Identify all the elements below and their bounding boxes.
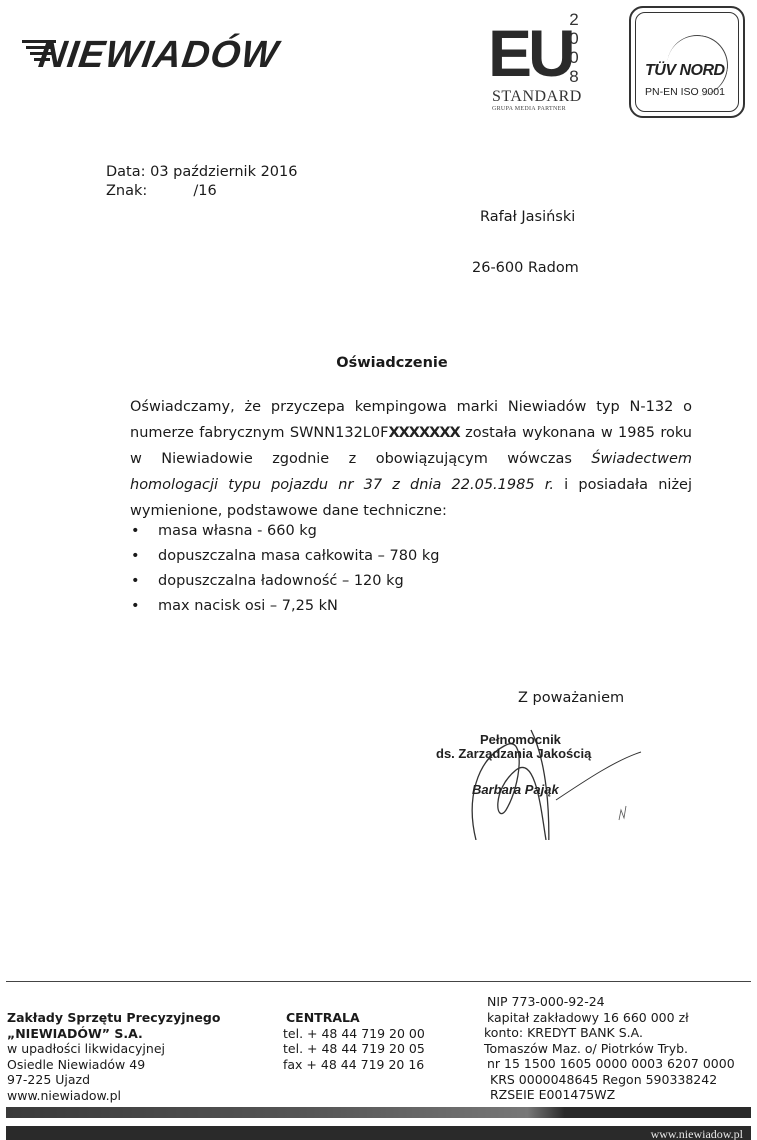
- spec-item: max nacisk osi – 7,25 kN: [130, 594, 439, 619]
- company-website: www.niewiadow.pl: [7, 1088, 220, 1104]
- centrala-tel2: tel. + 48 44 719 20 05: [283, 1041, 425, 1057]
- registry-krs-regon: KRS 0000048645 Regon 590338242: [490, 1072, 735, 1088]
- eu-letters: EU: [488, 20, 572, 86]
- eu-year-digit: 8: [568, 67, 580, 86]
- date-label: Data:: [106, 164, 146, 180]
- ref-label: Znak:: [106, 183, 147, 199]
- tuv-certificate: PN-EN ISO 9001: [645, 86, 725, 98]
- stamp-department: ds. Zarządzania Jakością: [436, 746, 591, 761]
- company-status: w upadłości likwidacyjnej: [7, 1041, 220, 1057]
- stamp-title: Pełnomocnik: [480, 732, 561, 747]
- eu-standard-label: STANDARD: [492, 88, 582, 106]
- ref-value: /16: [193, 183, 216, 199]
- eu-year-digit: 0: [568, 29, 580, 48]
- signature-stamp: Pełnomocnik ds. Zarządzania Jakością Bar…: [436, 730, 656, 830]
- company-address: Osiedle Niewiadów 49: [7, 1057, 220, 1073]
- spec-item: dopuszczalna masa całkowita – 780 kg: [130, 544, 439, 569]
- footer-divider: [6, 981, 751, 982]
- stamp-name: Barbara Pająk: [472, 782, 559, 797]
- company-name: Zakłady Sprzętu Precyzyjnego: [7, 1010, 220, 1026]
- date-value: 03 październik 2016: [150, 164, 297, 180]
- footer-bar-url: www.niewiadow.pl: [651, 1127, 743, 1140]
- recipient-city: 26-600 Radom: [472, 260, 579, 276]
- company-postal: 97-225 Ujazd: [7, 1072, 220, 1088]
- registry-account: nr 15 1500 1605 0000 0003 6207 0000: [487, 1056, 735, 1072]
- company-logo: NIEWIADÓW: [22, 36, 362, 80]
- tuv-name: TÜV NORD: [645, 62, 725, 80]
- footer-company: Zakłady Sprzętu Precyzyjnego „NIEWIADÓW”…: [7, 1010, 220, 1103]
- eu-year-digit: 0: [568, 48, 580, 67]
- eu-year-digit: 2: [568, 10, 580, 29]
- registry-branch: Tomaszów Maz. o/ Piotrków Tryb.: [484, 1041, 735, 1057]
- redacted-serial: XXXXXXX: [388, 425, 459, 441]
- registry-bank: konto: KREDYT BANK S.A.: [484, 1025, 735, 1041]
- spec-item: masa własna - 660 kg: [130, 519, 439, 544]
- document-title: Oświadczenie: [0, 355, 757, 371]
- eu-subtitle: GRUPA MEDIA PARTNER: [492, 106, 566, 112]
- handwritten-signature-icon: [436, 690, 656, 840]
- letter-meta: Data: 03 październik 2016 Znak: /16: [106, 163, 297, 201]
- tuv-nord-badge: TÜV NORD PN-EN ISO 9001: [629, 6, 745, 118]
- eu-year: 2 0 0 8: [568, 10, 580, 86]
- registry-capital: kapitał zakładowy 16 660 000 zł: [487, 1010, 735, 1026]
- centrala-tel1: tel. + 48 44 719 20 00: [283, 1026, 425, 1042]
- footer-centrala: CENTRALA tel. + 48 44 719 20 00 tel. + 4…: [283, 1010, 425, 1072]
- statement-paragraph: Oświadczamy, że przyczepa kempingowa mar…: [130, 394, 692, 524]
- centrala-heading: CENTRALA: [283, 1010, 425, 1026]
- spec-item: dopuszczalna ładowność – 120 kg: [130, 569, 439, 594]
- date-row: Data: 03 październik 2016: [106, 163, 297, 182]
- eu-standard-badge: EU 2 0 0 8 STANDARD GRUPA MEDIA PARTNER: [486, 8, 582, 120]
- footer-bar-bottom: [6, 1126, 751, 1140]
- footer-registry: NIP 773-000-92-24 kapitał zakładowy 16 6…: [487, 994, 735, 1103]
- logo-text: NIEWIADÓW: [36, 34, 281, 77]
- ref-row: Znak: /16: [106, 182, 297, 201]
- footer-bar-top: [6, 1107, 751, 1118]
- spec-list: masa własna - 660 kg dopuszczalna masa c…: [130, 519, 439, 619]
- company-brand: „NIEWIADÓW” S.A.: [7, 1026, 220, 1042]
- registry-rzseie: RZSEIE E001475WZ: [490, 1087, 735, 1103]
- recipient-name: Rafał Jasiński: [480, 209, 575, 225]
- registry-nip: NIP 773-000-92-24: [487, 994, 735, 1010]
- centrala-fax: fax + 48 44 719 20 16: [283, 1057, 425, 1073]
